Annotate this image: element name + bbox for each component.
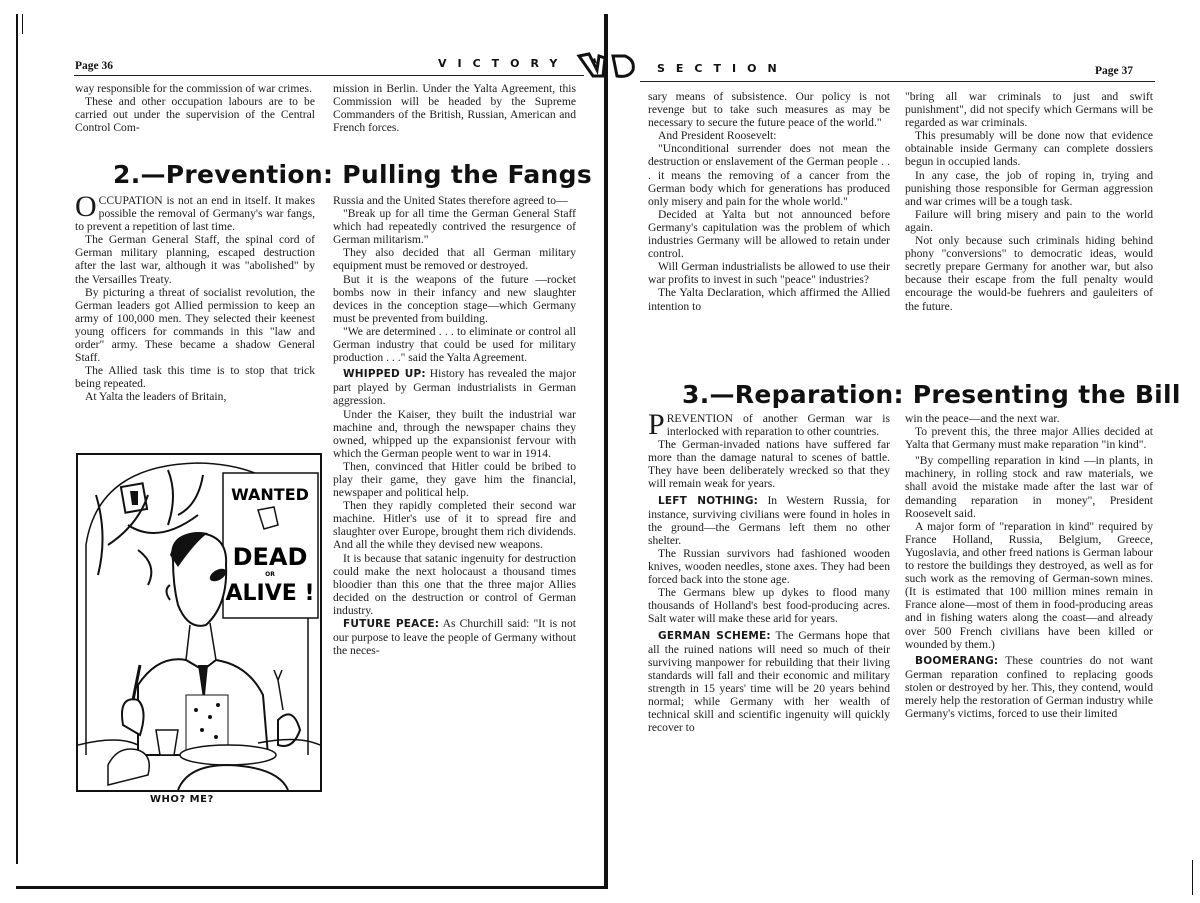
- paragraph: And President Roosevelt:: [648, 129, 890, 142]
- paragraph: Not only because such criminals hiding b…: [905, 234, 1153, 313]
- subhead-future-peace: FUTURE PEACE:: [343, 618, 439, 630]
- right-edge: [1192, 860, 1193, 895]
- cartoon-illustration: WANTED DEAD OR ALIVE !: [76, 453, 322, 792]
- p36-col1: OCCUPATION is not an end in itself. It m…: [75, 194, 315, 404]
- paragraph: sary means of subsistence. Our policy is…: [648, 90, 890, 129]
- paragraph: mission in Berlin. Under the Yalta Agree…: [333, 82, 576, 134]
- page-number-right: Page 37: [1095, 65, 1133, 77]
- bottom-left-edge: [16, 886, 606, 889]
- subhead-whipped-up: WHIPPED UP:: [343, 368, 426, 380]
- paragraph: The Yalta Declaration, which affirmed th…: [648, 286, 890, 312]
- paragraph: The Allied task this time is to stop tha…: [75, 364, 315, 390]
- paragraph: PREVENTION of another German war is inte…: [648, 412, 890, 438]
- paragraph: They also decided that all German milita…: [333, 246, 576, 272]
- paragraph: FUTURE PEACE: As Churchill said: "It is …: [333, 617, 576, 657]
- left-binding-edge: [16, 14, 18, 864]
- paragraph: Russia and the United States therefore a…: [333, 194, 576, 207]
- victory-emblem-icon: [575, 50, 639, 80]
- paragraph: "Break up for all time the German Genera…: [333, 207, 576, 246]
- paragraph: Decided at Yalta but not announced befor…: [648, 208, 890, 260]
- subhead-left-nothing: LEFT NOTHING:: [658, 495, 758, 507]
- paragraph: "Unconditional surrender does not mean t…: [648, 142, 890, 207]
- paragraph-text: REVENTION of another German war is inter…: [667, 412, 890, 438]
- or-text: OR: [265, 571, 275, 578]
- headline-reparation: 3.—Reparation: Presenting the Bill: [682, 380, 1181, 409]
- paragraph: The German-invaded nations have suffered…: [648, 438, 890, 490]
- paragraph: By picturing a threat of socialist revol…: [75, 286, 315, 365]
- paragraph: win the peace—and the next war.: [905, 412, 1153, 425]
- paragraph-text: CCUPATION is not an end in itself. It ma…: [75, 194, 315, 233]
- paragraph: The Germans blew up dykes to flood many …: [648, 586, 890, 625]
- paragraph: BOOMERANG: These countries do not want G…: [905, 654, 1153, 720]
- paragraph-text: The Germans hope that all the ruined nat…: [648, 629, 890, 735]
- paragraph: The Russian survivors had fashioned wood…: [648, 547, 890, 586]
- paragraph: OCCUPATION is not an end in itself. It m…: [75, 194, 315, 233]
- paragraph: Failure will bring misery and pain to th…: [905, 208, 1153, 234]
- paragraph: Then, convinced that Hitler could be bri…: [333, 460, 576, 499]
- paragraph: "We are determined . . . to eliminate or…: [333, 325, 576, 364]
- paragraph: These and other occupation labours are t…: [75, 95, 315, 134]
- paragraph: At Yalta the leaders of Britain,: [75, 390, 315, 403]
- paragraph: Will German industrialists be allowed to…: [648, 260, 890, 286]
- header-rule-left: [74, 75, 584, 76]
- p36-top-col1: way responsible for the commission of wa…: [75, 82, 315, 134]
- paragraph: GERMAN SCHEME: The Germans hope that all…: [648, 629, 890, 735]
- header-rule-right: [640, 81, 1155, 82]
- paragraph: "bring all war criminals to just and swi…: [905, 90, 1153, 129]
- drop-cap: O: [75, 195, 97, 219]
- header-section: SECTION: [657, 62, 788, 75]
- paragraph: A major form of "reparation in kind" req…: [905, 520, 1153, 651]
- paragraph: Under the Kaiser, they built the industr…: [333, 408, 576, 460]
- dead-text: DEAD: [233, 543, 308, 571]
- drop-cap: P: [648, 413, 665, 437]
- cartoon-caption: WHO? ME?: [150, 794, 214, 805]
- p36-top-col2: mission in Berlin. Under the Yalta Agree…: [333, 82, 576, 134]
- paragraph: Then they rapidly completed their second…: [333, 499, 576, 551]
- p37-col2: win the peace—and the next war. To preve…: [905, 412, 1153, 720]
- paragraph: WHIPPED UP: History has revealed the maj…: [333, 367, 576, 407]
- headline-prevention: 2.—Prevention: Pulling the Fangs: [113, 160, 592, 189]
- p37-col1: PREVENTION of another German war is inte…: [648, 412, 890, 734]
- paragraph: The German General Staff, the spinal cor…: [75, 233, 315, 285]
- center-gutter: [604, 14, 608, 889]
- p37-top-col2: "bring all war criminals to just and swi…: [905, 90, 1153, 313]
- page-number-left: Page 36: [75, 60, 113, 72]
- subhead-boomerang: BOOMERANG:: [915, 655, 998, 667]
- p37-top-col1: sary means of subsistence. Our policy is…: [648, 90, 890, 313]
- paragraph: It is because that satanic ingenuity for…: [333, 552, 576, 617]
- subhead-german-scheme: GERMAN SCHEME:: [658, 630, 771, 642]
- paragraph: way responsible for the commission of wa…: [75, 82, 315, 95]
- paragraph: In any case, the job of roping in, tryin…: [905, 169, 1153, 208]
- alive-text: ALIVE !: [226, 581, 315, 606]
- wanted-text: WANTED: [231, 485, 309, 504]
- paragraph: To prevent this, the three major Allies …: [905, 425, 1153, 451]
- p36-col2: Russia and the United States therefore a…: [333, 194, 576, 657]
- paragraph: "By compelling reparation in kind —in pl…: [905, 454, 1153, 519]
- paragraph: This presumably will be done now that ev…: [905, 129, 1153, 168]
- paragraph: LEFT NOTHING: In Western Russia, for ins…: [648, 494, 890, 547]
- paragraph: But it is the weapons of the future —roc…: [333, 273, 576, 325]
- left-binding-inner: [22, 14, 23, 34]
- header-victory: VICTORY: [438, 57, 568, 70]
